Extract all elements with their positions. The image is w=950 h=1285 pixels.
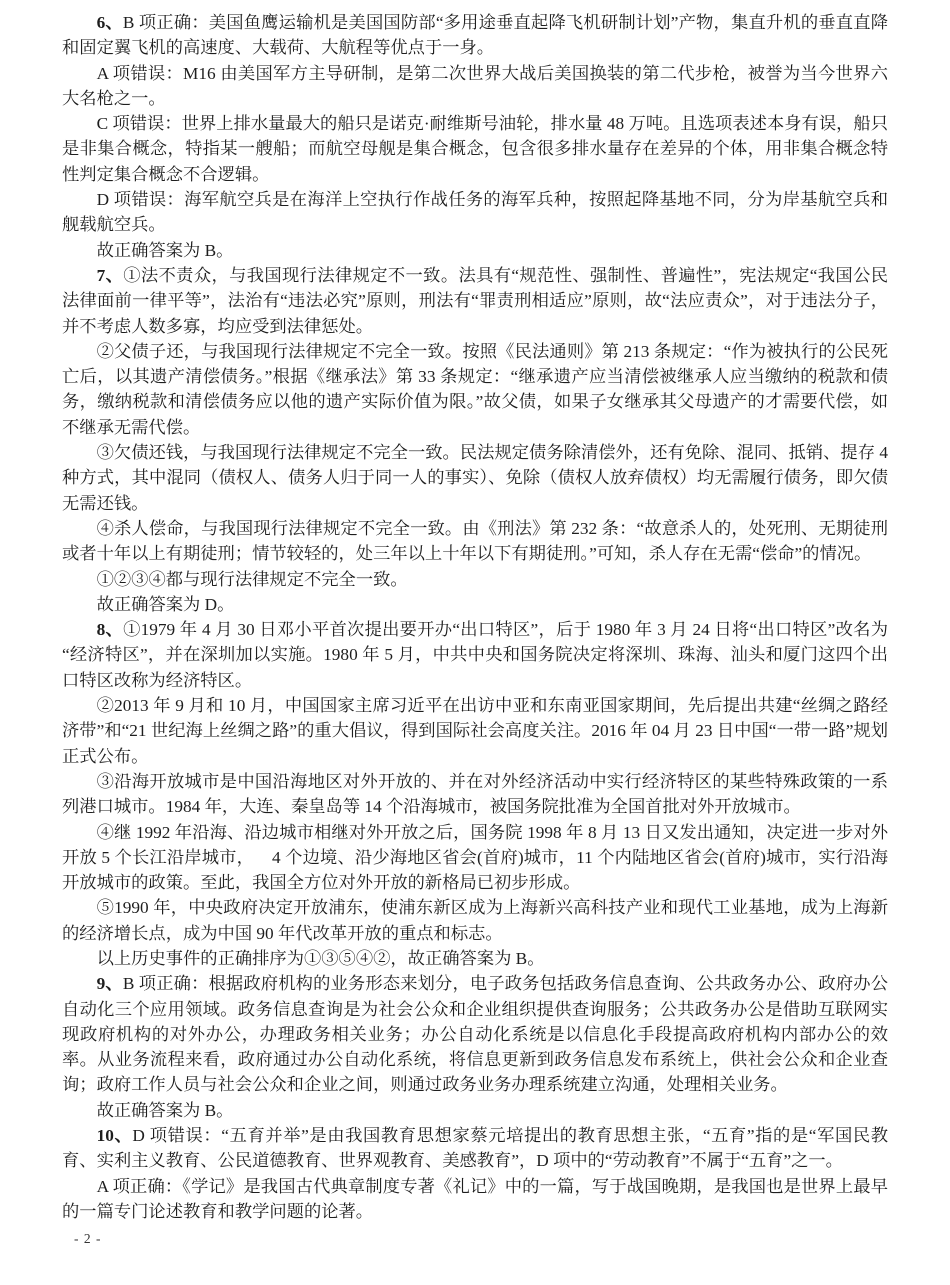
- paragraph-q7-4: ④杀人偿命，与我国现行法律规定不完全一致。由《刑法》第 232 条：“故意杀人的…: [62, 516, 888, 567]
- paragraph-text: 故正确答案为 B。: [97, 1101, 234, 1120]
- paragraph-q6-a: A 项错误：M16 由美国军方主导研制，是第二次世界大战后美国换装的第二代步枪，…: [62, 61, 888, 112]
- paragraph-q9-answer: 故正确答案为 B。: [62, 1098, 888, 1123]
- page-number: - 2 -: [74, 1231, 102, 1247]
- paragraph-text: C 项错误：世界上排水量最大的船只是诺克·耐维斯号油轮，排水量 48 万吨。且选…: [62, 114, 888, 184]
- paragraph-q10-a: A 项正确：《学记》是我国古代典章制度专著《礼记》中的一篇，写于战国晚期，是我国…: [62, 1174, 888, 1225]
- paragraph-text: D 项错误：海军航空兵是在海洋上空执行作战任务的海军兵种，按照起降基地不同，分为…: [62, 190, 888, 234]
- paragraph-q6-b: 6、B 项正确：美国鱼鹰运输机是美国国防部“多用途垂直起降飞机研制计划”产物，集…: [62, 10, 888, 61]
- paragraph-q6-d: D 项错误：海军航空兵是在海洋上空执行作战任务的海军兵种，按照起降基地不同，分为…: [62, 187, 888, 238]
- paragraph-text: D 项错误：“五育并举”是由我国教育思想家蔡元培提出的教育思想主张，“五育”指的…: [62, 1126, 888, 1170]
- question-number: 7、: [97, 266, 124, 285]
- paragraph-text: B 项正确：美国鱼鹰运输机是美国国防部“多用途垂直起降飞机研制计划”产物，集直升…: [62, 13, 888, 57]
- question-number: 6、: [97, 13, 123, 32]
- document-page: 6、B 项正确：美国鱼鹰运输机是美国国防部“多用途垂直起降飞机研制计划”产物，集…: [62, 10, 888, 1224]
- paragraph-q8-5: ⑤1990 年，中央政府决定开放浦东，使浦东新区成为上海新兴高科技产业和现代工业…: [62, 895, 888, 946]
- paragraph-text: 故正确答案为 B。: [97, 241, 234, 260]
- question-number: 10、: [97, 1126, 133, 1145]
- paragraph-text: 故正确答案为 D。: [97, 595, 235, 614]
- paragraph-q7-2: ②父债子还，与我国现行法律规定不完全一致。按照《民法通则》第 213 条规定：“…: [62, 339, 888, 440]
- paragraph-q7-summary: ①②③④都与现行法律规定不完全一致。: [62, 567, 888, 592]
- paragraph-q10-d: 10、D 项错误：“五育并举”是由我国教育思想家蔡元培提出的教育思想主张，“五育…: [62, 1123, 888, 1174]
- paragraph-q8-1: 8、①1979 年 4 月 30 日邓小平首次提出要开办“出口特区”，后于 19…: [62, 617, 888, 693]
- paragraph-text: ②父债子还，与我国现行法律规定不完全一致。按照《民法通则》第 213 条规定：“…: [62, 342, 888, 437]
- paragraph-q8-2: ②2013 年 9 月和 10 月，中国国家主席习近平在出访中亚和东南亚国家期间…: [62, 693, 888, 769]
- paragraph-text: ③欠债还钱，与我国现行法律规定不完全一致。民法规定债务除清偿外，还有免除、混同、…: [62, 443, 892, 513]
- question-number: 8、: [97, 620, 123, 639]
- paragraph-text: ③沿海开放城市是中国沿海地区对外开放的、并在对外经济活动中实行经济特区的某些特殊…: [62, 772, 888, 816]
- paragraph-text: ①②③④都与现行法律规定不完全一致。: [97, 570, 408, 589]
- paragraph-q8-4: ④继 1992 年沿海、沿边城市相继对外开放之后，国务院 1998 年 8 月 …: [62, 820, 888, 896]
- paragraph-text: B 项正确：根据政府机构的业务形态来划分，电子政务包括政务信息查询、公共政务办公…: [62, 974, 888, 1094]
- paragraph-q9-b: 9、B 项正确：根据政府机构的业务形态来划分，电子政务包括政务信息查询、公共政务…: [62, 971, 888, 1097]
- paragraph-text: ④继 1992 年沿海、沿边城市相继对外开放之后，国务院 1998 年 8 月 …: [62, 823, 888, 893]
- paragraph-q7-answer: 故正确答案为 D。: [62, 592, 888, 617]
- paragraph-text: ⑤1990 年，中央政府决定开放浦东，使浦东新区成为上海新兴高科技产业和现代工业…: [62, 898, 888, 942]
- paragraph-text: ①法不责众，与我国现行法律规定不一致。法具有“规范性、强制性、普遍性”，宪法规定…: [62, 266, 888, 336]
- paragraph-q6-c: C 项错误：世界上排水量最大的船只是诺克·耐维斯号油轮，排水量 48 万吨。且选…: [62, 111, 888, 187]
- paragraph-q8-3: ③沿海开放城市是中国沿海地区对外开放的、并在对外经济活动中实行经济特区的某些特殊…: [62, 769, 888, 820]
- paragraph-text: 以上历史事件的正确排序为①③⑤④②，故正确答案为 B。: [97, 949, 545, 968]
- paragraph-text: A 项正确：《学记》是我国古代典章制度专著《礼记》中的一篇，写于战国晚期，是我国…: [62, 1177, 888, 1221]
- paragraph-q7-3: ③欠债还钱，与我国现行法律规定不完全一致。民法规定债务除清偿外，还有免除、混同、…: [62, 440, 888, 516]
- paragraph-text: ②2013 年 9 月和 10 月，中国国家主席习近平在出访中亚和东南亚国家期间…: [62, 696, 888, 766]
- paragraph-q6-answer: 故正确答案为 B。: [62, 238, 888, 263]
- paragraph-text: A 项错误：M16 由美国军方主导研制，是第二次世界大战后美国换装的第二代步枪，…: [62, 64, 888, 108]
- paragraph-q8-answer: 以上历史事件的正确排序为①③⑤④②，故正确答案为 B。: [62, 946, 888, 971]
- paragraph-q7-1: 7、①法不责众，与我国现行法律规定不一致。法具有“规范性、强制性、普遍性”，宪法…: [62, 263, 888, 339]
- paragraph-text: ④杀人偿命，与我国现行法律规定不完全一致。由《刑法》第 232 条：“故意杀人的…: [62, 519, 888, 563]
- question-number: 9、: [97, 974, 123, 993]
- paragraph-text: ①1979 年 4 月 30 日邓小平首次提出要开办“出口特区”，后于 1980…: [62, 620, 888, 690]
